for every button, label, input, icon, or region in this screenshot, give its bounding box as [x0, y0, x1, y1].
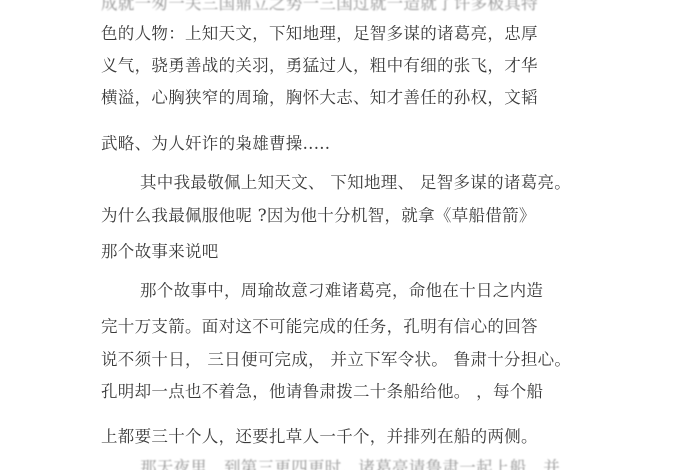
- text-line: 横溢，心胸狭窄的周瑜，胸怀大志、知才善任的孙权，文韬: [101, 88, 538, 108]
- text-line-partial-top: 成就一匆一关三国鼎立之势一三国过就一造就了许多极具特: [101, 0, 538, 14]
- text-line-partial-bottom: 那天夜里，到第三更四更时，诸葛亮请鲁肃一起上船，并: [140, 458, 560, 470]
- text-line: 义气，骁勇善战的关羽，勇猛过人，粗中有细的张飞，才华: [101, 56, 538, 76]
- text-line: 色的人物：上知天文，下知地理，足智多谋的诸葛亮，忠厚: [101, 24, 538, 44]
- document-page: 成就一匆一关三国鼎立之势一三国过就一造就了许多极具特 色的人物：上知天文，下知地…: [0, 0, 700, 470]
- paragraph-start-line: 其中我最敬佩上知天文、 下知地理、 足智多谋的诸葛亮。: [140, 173, 571, 193]
- text-line: 为什么我最佩服他呢 ?因为他十分机智，就拿《草船借箭》: [101, 206, 536, 226]
- paragraph-start-line: 那个故事中，周瑜故意刁难诸葛亮，命他在十日之内造: [140, 281, 543, 301]
- text-line: 上都要三十个人，还要扎草人一千个，并排列在船的两侧。: [101, 427, 538, 447]
- text-line: 完十万支箭。面对这不可能完成的任务，孔明有信心的回答: [101, 317, 538, 337]
- text-line: 那个故事来说吧: [101, 242, 219, 262]
- text-line: 孔明却一点也不着急，他请鲁肃拨二十条船给他。 ，每个船: [101, 382, 543, 402]
- text-line: 说不须十日， 三日便可完成， 并立下军令状。 鲁肃十分担心。: [101, 350, 571, 370]
- text-line: 武略、为人奸诈的枭雄曹操.....: [101, 134, 330, 154]
